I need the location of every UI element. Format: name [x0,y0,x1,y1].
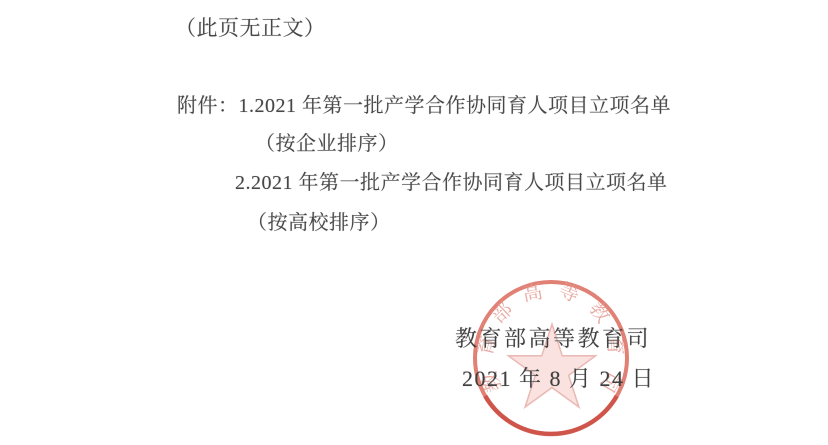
attachment-item-2: 2.2021 年第一批产学合作协同育人项目立项名单 [235,173,668,193]
document-page: 教育部高等教育司 （此页无正文） 附件：1.2021 年第一批产学合作协同育人项… [0,0,828,445]
seal-ring [475,282,627,434]
no-body-note: （此页无正文） [175,18,326,39]
attachment-item-2-subtitle: （按高校排序） [247,213,391,233]
attachment-item-1: 1.2021 年第一批产学合作协同育人项目立项名单 [239,95,672,117]
seal-ring-bottom-arc [485,396,617,434]
attachment-item-1-subtitle: （按企业排序） [255,134,399,154]
attachments-line-1: 附件：1.2021 年第一批产学合作协同育人项目立项名单 [177,96,671,116]
attachments-label: 附件： [177,95,239,117]
signature-department: 教育部高等教育司 [455,328,651,350]
official-seal: 教育部高等教育司 [468,274,636,444]
signature-date: 2021 年 8 月 24 日 [462,368,655,390]
